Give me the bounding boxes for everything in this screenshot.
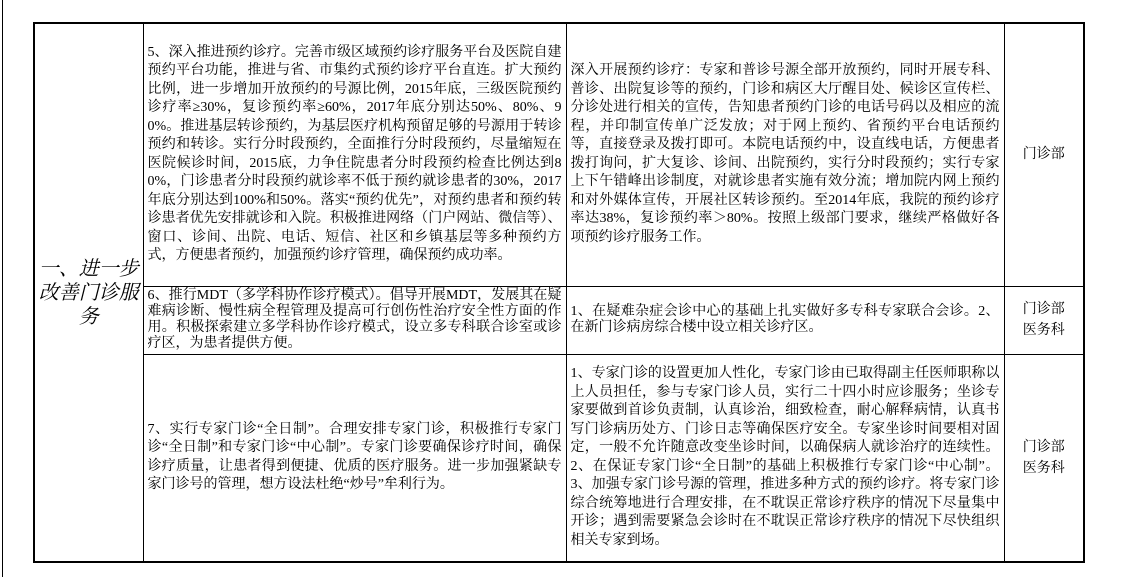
detail-text-6: 1、在疑难杂症会诊中心的基础上扎实做好多专科专家联合会诊。2、在新门诊病房综合楼… bbox=[571, 304, 1000, 335]
table-row-measure-5: 一、进一步改善门诊服务 5、深入推进预约诊疗。完善市级区域预约诊疗服务平台及医院… bbox=[34, 23, 1084, 286]
measure-cell-6: 6、推行MDT（多学科协作诊疗模式）。倡导开展MDT，发展其在疑难病诊断、慢性病… bbox=[143, 286, 566, 354]
detail-text-5: 深入开展预约诊疗：专家和普诊号源全部开放预约，同时开展专科、普诊、出院复诊等的预… bbox=[571, 63, 1000, 245]
detail-text-7: 1、专家门诊的设置更加人性化，专家门诊由已取得副主任医师职称以上人员担任，参与专… bbox=[571, 366, 1000, 548]
measure-cell-5: 5、深入推进预约诊疗。完善市级区域预约诊疗服务平台及医院自建预约平台功能，推进与… bbox=[143, 23, 566, 286]
department-line: 医务科 bbox=[1005, 458, 1084, 479]
department-cell-7: 门诊部 医务科 bbox=[1004, 354, 1084, 562]
page-left-rule bbox=[2, 0, 3, 577]
outpatient-measures-table: 一、进一步改善门诊服务 5、深入推进预约诊疗。完善市级区域预约诊疗服务平台及医院… bbox=[33, 22, 1085, 563]
table-row-measure-6: 6、推行MDT（多学科协作诊疗模式）。倡导开展MDT，发展其在疑难病诊断、慢性病… bbox=[34, 286, 1084, 354]
detail-cell-7: 1、专家门诊的设置更加人性化，专家门诊由已取得副主任医师职称以上人员担任，参与专… bbox=[566, 354, 1004, 562]
department-cell-5: 门诊部 bbox=[1004, 23, 1084, 286]
measure-cell-7: 7、实行专家门诊“全日制”。合理安排专家门诊，积极推行专家门诊“全日制”和专家门… bbox=[143, 354, 566, 562]
measure-text-6: 6、推行MDT（多学科协作诊疗模式）。倡导开展MDT，发展其在疑难病诊断、慢性病… bbox=[148, 288, 562, 351]
department-cell-6: 门诊部 医务科 bbox=[1004, 286, 1084, 354]
section-title: 一、进一步改善门诊服务 bbox=[39, 258, 139, 328]
measure-text-7: 7、实行专家门诊“全日制”。合理安排专家门诊，积极推行专家门诊“全日制”和专家门… bbox=[148, 422, 562, 493]
detail-cell-5: 深入开展预约诊疗：专家和普诊号源全部开放预约，同时开展专科、普诊、出院复诊等的预… bbox=[566, 23, 1004, 286]
department-line: 门诊部 bbox=[1005, 437, 1084, 458]
detail-cell-6: 1、在疑难杂症会诊中心的基础上扎实做好多专科专家联合会诊。2、在新门诊病房综合楼… bbox=[566, 286, 1004, 354]
department-line: 门诊部 bbox=[1005, 144, 1084, 165]
department-line: 医务科 bbox=[1005, 320, 1084, 341]
measure-text-5: 5、深入推进预约诊疗。完善市级区域预约诊疗服务平台及医院自建预约平台功能，推进与… bbox=[148, 45, 562, 264]
table-row-measure-7: 7、实行专家门诊“全日制”。合理安排专家门诊，积极推行专家门诊“全日制”和专家门… bbox=[34, 354, 1084, 562]
department-line: 门诊部 bbox=[1005, 299, 1084, 320]
page: 一、进一步改善门诊服务 5、深入推进预约诊疗。完善市级区域预约诊疗服务平台及医院… bbox=[0, 0, 1121, 587]
section-header-cell: 一、进一步改善门诊服务 bbox=[34, 23, 143, 562]
